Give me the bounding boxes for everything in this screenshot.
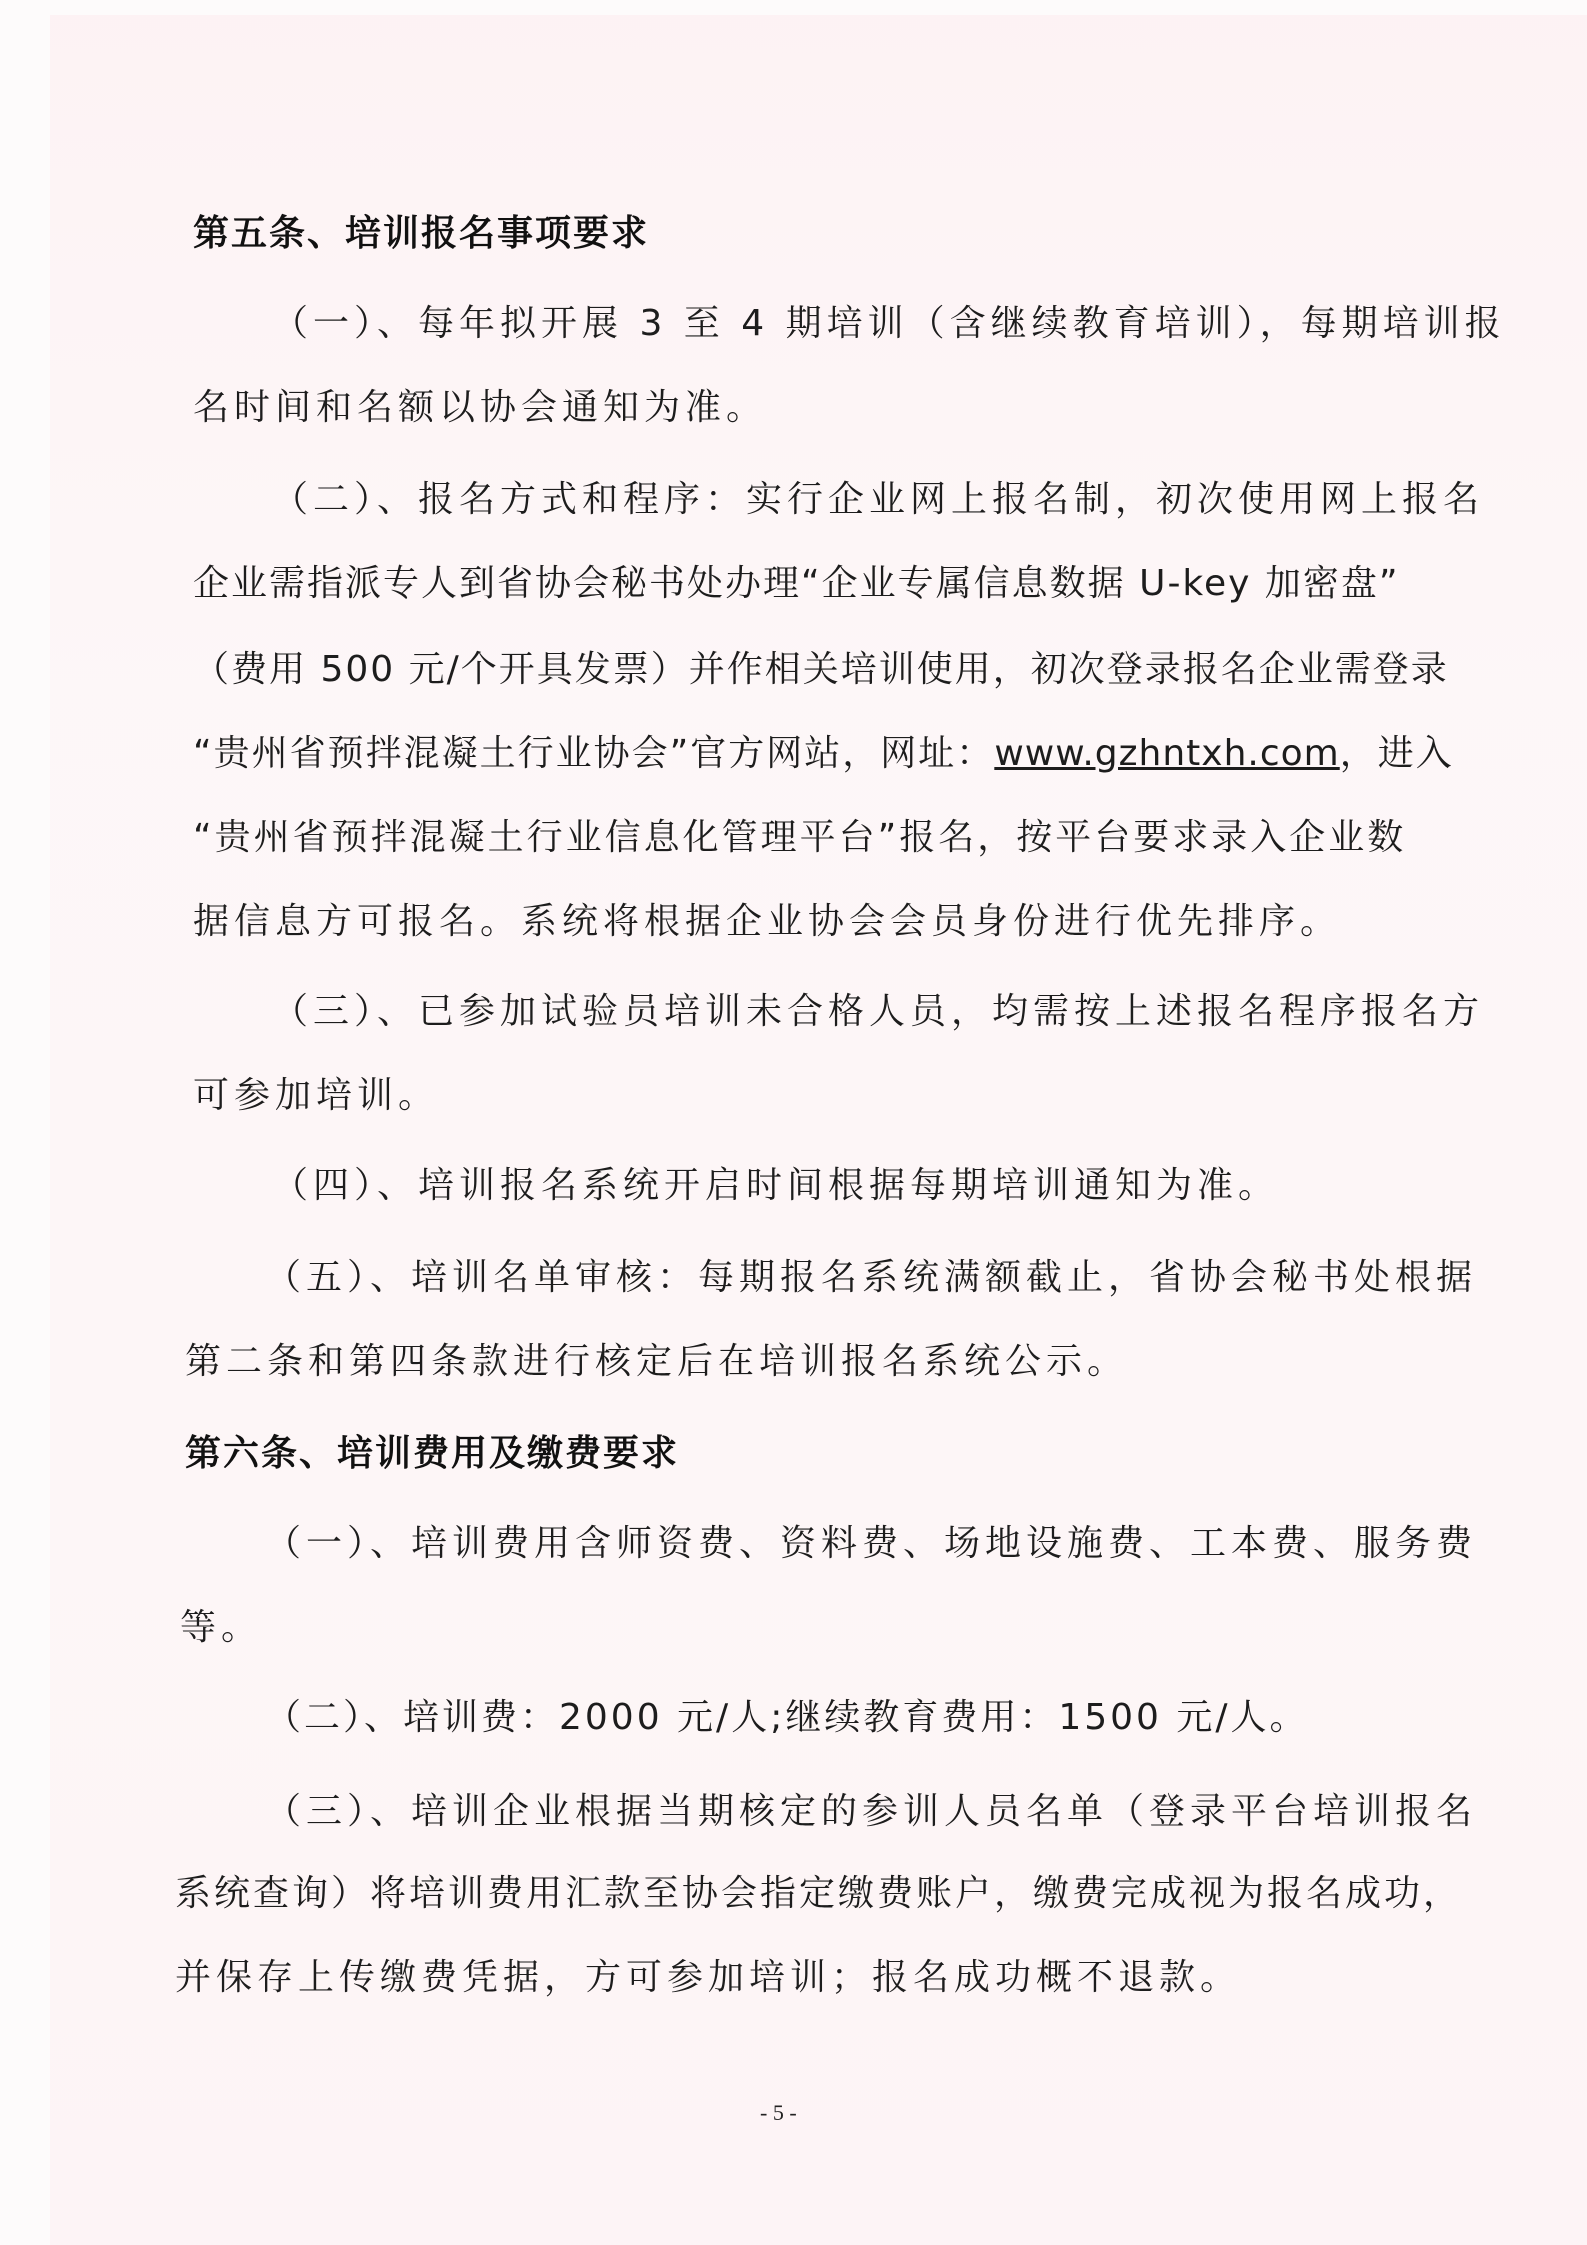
paragraph-line: 等。: [180, 1606, 262, 1650]
paragraph-line: （四）、培训报名系统开启时间根据每期培训通知为准。: [272, 1164, 1279, 1208]
page-number: - 5 -: [760, 2100, 797, 2126]
website-link[interactable]: www.gzhntxh.com: [994, 733, 1339, 774]
paragraph-line: 第二条和第四条款进行核定后在培训报名系统公示。: [185, 1340, 1128, 1384]
paragraph-line: 并保存上传缴费凭据，方可参加培训；报名成功概不退款。: [175, 1956, 1241, 2000]
paragraph-line: 企业需指派专人到省协会秘书处办理“企业专属信息数据 U-key 加密盘”: [193, 562, 1400, 606]
document-page: 第五条、培训报名事项要求 （一）、每年拟开展 3 至 4 期培训（含继续教育培训…: [0, 0, 1587, 2245]
paragraph-line: 系统查询）将培训费用汇款至协会指定缴费账户，缴费完成视为报名成功，: [175, 1872, 1462, 1916]
paragraph-line: （二）、培训费：2000 元/人;继续教育费用：1500 元/人。: [265, 1696, 1309, 1740]
paragraph-line: 名时间和名额以协会通知为准。: [193, 386, 767, 430]
paragraph-line: （二）、报名方式和程序：实行企业网上报名制，初次使用网上报名: [272, 478, 1484, 522]
paragraph-line: “贵州省预拌混凝土行业信息化管理平台”报名，按平台要求录入企业数: [193, 816, 1406, 860]
paragraph-text: ，进入: [1340, 733, 1454, 774]
paragraph-line: 可参加培训。: [193, 1074, 439, 1118]
paragraph-line: （三）、培训企业根据当期核定的参训人员名单（登录平台培训报名: [265, 1790, 1477, 1834]
paragraph-text: “贵州省预拌混凝土行业协会”官方网站，网址：: [193, 733, 994, 774]
paragraph-line: （一）、每年拟开展 3 至 4 期培训（含继续教育培训），每期培训报: [272, 302, 1506, 346]
paragraph-line: （五）、培训名单审核：每期报名系统满额截止，省协会秘书处根据: [265, 1256, 1477, 1300]
section-heading-6: 第六条、培训费用及缴费要求: [185, 1432, 679, 1476]
section-heading-5: 第五条、培训报名事项要求: [193, 212, 649, 256]
paragraph-line: （费用 500 元/个开具发票）并作相关培训使用，初次登录报名企业需登录: [193, 648, 1449, 692]
paragraph-line: “贵州省预拌混凝土行业协会”官方网站，网址：www.gzhntxh.com，进入: [193, 732, 1454, 776]
paragraph-line: 据信息方可报名。系统将根据企业协会会员身份进行优先排序。: [193, 900, 1341, 944]
paragraph-line: （三）、已参加试验员培训未合格人员，均需按上述报名程序报名方: [272, 990, 1484, 1034]
paragraph-line: （一）、培训费用含师资费、资料费、场地设施费、工本费、服务费: [265, 1522, 1477, 1566]
